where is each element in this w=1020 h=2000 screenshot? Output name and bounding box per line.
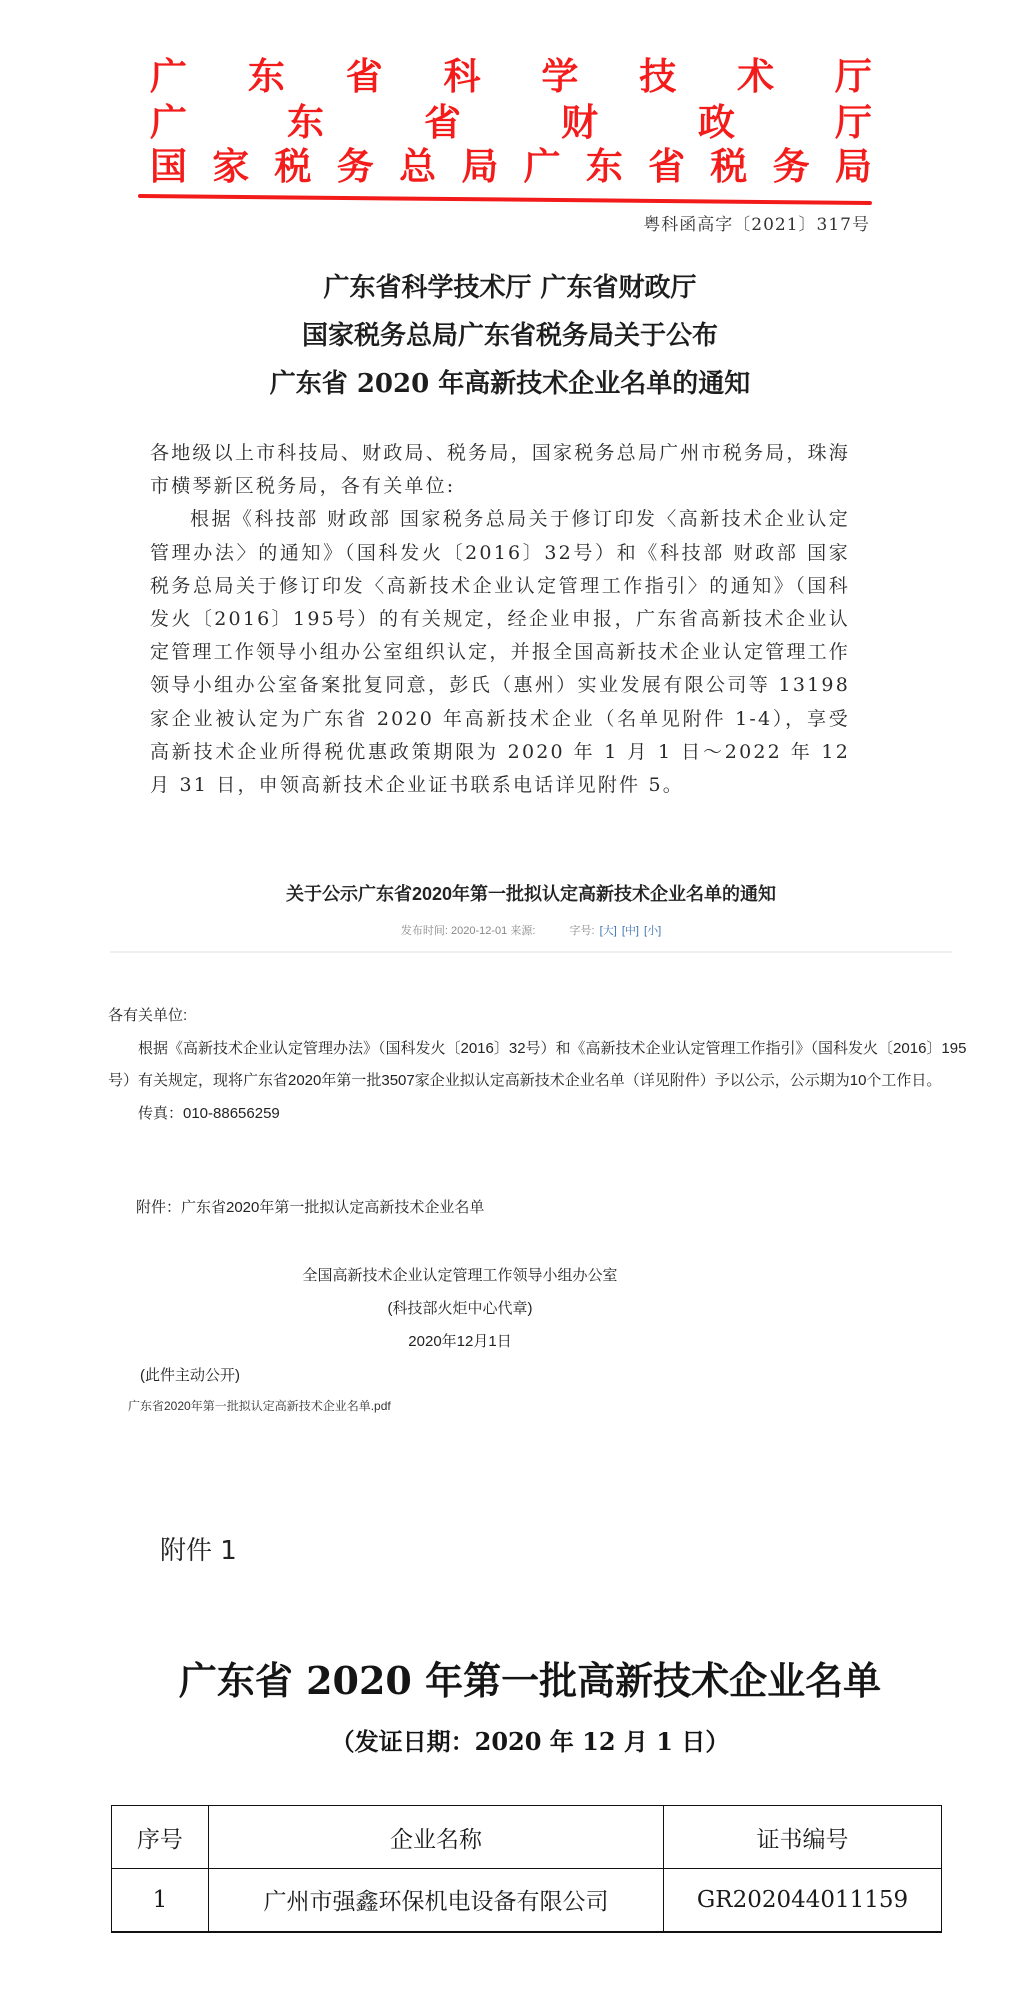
pdf-attachment-link[interactable]: 广东省2020年第一批拟认定高新技术企业名单.pdf <box>128 1397 391 1414</box>
letterhead-finance-dept: 广 东 省 财 政 厅 <box>150 100 872 144</box>
font-size-small-link[interactable]: [小] <box>644 925 661 937</box>
header-certificate-number: 证书编号 <box>664 1806 942 1869</box>
signature-seal: (科技部火炬中心代章) <box>230 1297 690 1318</box>
notice-title-line-2: 国家税务总局广东省税务局关于公布 <box>140 316 880 356</box>
article-title: 关于公示广东省2020年第一批拟认定高新技术企业名单的通知 <box>110 880 952 906</box>
letterhead-tax-bureau: 国 家 税 务 总 局 广 东 省 税 务 局 <box>150 144 872 188</box>
article-divider <box>110 951 952 953</box>
publish-date: 2020-12-01 <box>451 925 507 937</box>
notice-body: 各地级以上市科技局、财政局、税务局，国家税务总局广州市税务局，珠海市横琴新区税务… <box>150 437 850 802</box>
notice-title-line-1: 广东省科学技术厅 广东省财政厅 <box>140 268 880 308</box>
list-subtitle: （发证日期：2020 年 12 月 1 日） <box>150 1722 910 1757</box>
header-index: 序号 <box>112 1806 209 1869</box>
source-label: 来源: <box>510 925 535 937</box>
public-note: (此件主动公开) <box>140 1364 240 1385</box>
table-header-row: 序号 企业名称 证书编号 <box>112 1806 942 1869</box>
company-table: 序号 企业名称 证书编号 1 广州市强鑫环保机电设备有限公司 GR2020440… <box>111 1805 942 1933</box>
article-salutation: 各有关单位: <box>108 1000 970 1033</box>
list-title: 广东省 2020 年第一批高新技术企业名单 <box>150 1650 910 1705</box>
table-row: 1 广州市强鑫环保机电设备有限公司 GR202044011159 <box>112 1869 942 1932</box>
article-paragraph: 根据《高新技术企业认定管理办法》（国科发火〔2016〕32号）和《高新技术企业认… <box>108 1033 970 1098</box>
signature-date: 2020年12月1日 <box>230 1330 690 1351</box>
article-meta: 发布时间: 2020-12-01 来源: 字号: [大] [中] [小] <box>110 922 952 938</box>
header-company-name: 企业名称 <box>208 1806 663 1869</box>
attachment-line: 附件：广东省2020年第一批拟认定高新技术企业名单 <box>136 1196 484 1217</box>
document-number: 粤科函高字〔2021〕317号 <box>580 210 870 235</box>
attachment-label: 附件 1 <box>160 1530 237 1567</box>
notice-salutation: 各地级以上市科技局、财政局、税务局，国家税务总局广州市税务局，珠海市横琴新区税务… <box>150 437 850 503</box>
article-body: 各有关单位: 根据《高新技术企业认定管理办法》（国科发火〔2016〕32号）和《… <box>108 1000 970 1130</box>
publish-label: 发布时间: <box>401 925 448 937</box>
letterhead-red-rule <box>138 194 872 205</box>
font-size-large-link[interactable]: [大] <box>600 925 617 937</box>
article-fax: 传真：010-88656259 <box>108 1098 970 1131</box>
cell-index: 1 <box>112 1869 209 1932</box>
font-size-label: 字号: <box>570 925 595 937</box>
cell-company-name: 广州市强鑫环保机电设备有限公司 <box>208 1869 663 1932</box>
letterhead-science-dept: 广 东 省 科 学 技 术 厅 <box>150 54 872 98</box>
notice-paragraph: 根据《科技部 财政部 国家税务总局关于修订印发〈高新技术企业认定管理办法〉的通知… <box>150 503 850 802</box>
signature-office: 全国高新技术企业认定管理工作领导小组办公室 <box>230 1264 690 1285</box>
cell-certificate-number: GR202044011159 <box>664 1869 942 1932</box>
notice-title-line-3: 广东省 2020 年高新技术企业名单的通知 <box>140 364 880 404</box>
font-size-medium-link[interactable]: [中] <box>622 925 639 937</box>
